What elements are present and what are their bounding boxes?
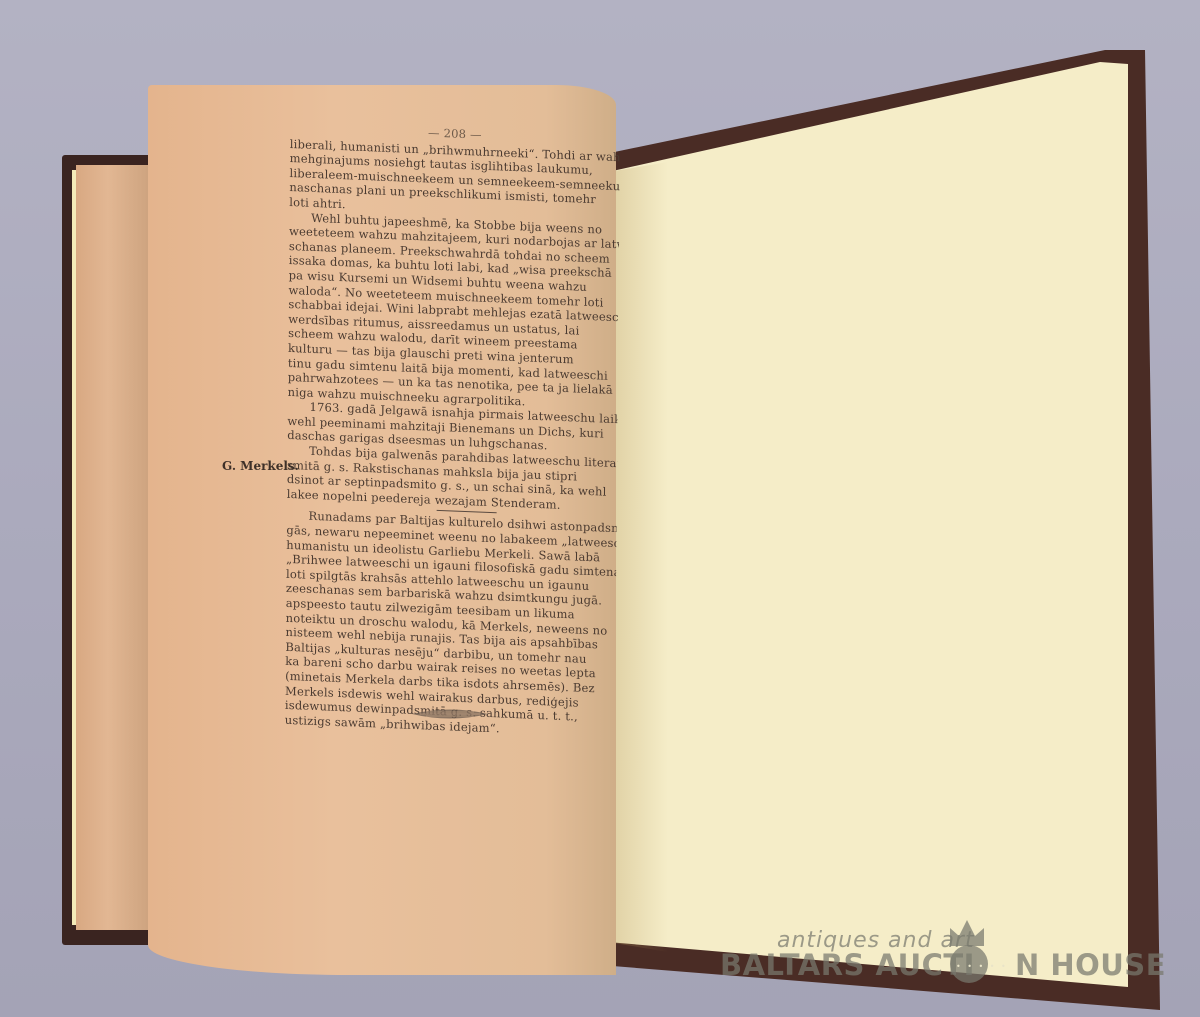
logo-dots: • • • • •: [956, 962, 1008, 971]
margin-note: G. Merkels.: [222, 459, 299, 473]
watermark-brand: BALTARS AUCTIN HOUSE: [720, 948, 1166, 982]
tailpiece-ornament-icon: [412, 707, 488, 721]
watermark-brand-right: N HOUSE: [1015, 948, 1166, 982]
right-endpaper-blank: [608, 62, 1128, 992]
section-divider: [437, 510, 497, 513]
paragraph-1: liberali, humanisti un „brihwmuhrneeki“.…: [289, 137, 620, 223]
watermark-brand-left: BALTARS AUCTI: [720, 948, 975, 982]
paragraph-5: Runadams par Baltijas kulturelo dsihwi a…: [285, 508, 617, 740]
paragraph-2: Wehl buhtu japeeshmē, ka Stobbe bija wee…: [288, 210, 620, 413]
left-page-text: — 208 — liberali, humanisti un „brihwmuh…: [285, 120, 620, 740]
paragraph-4: Tohdas bija galwenās parahdibas latweesc…: [287, 443, 617, 515]
crown-icon: [947, 918, 987, 948]
left-page-block: [76, 165, 156, 930]
